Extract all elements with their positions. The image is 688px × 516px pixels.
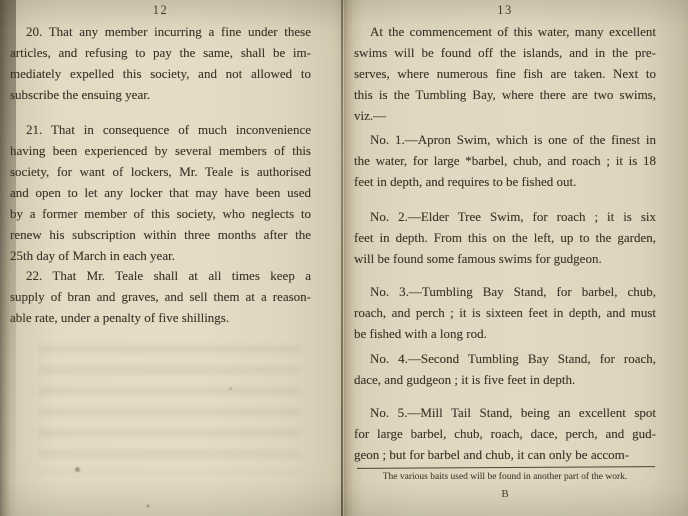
paragraph-article-21: 21. That in consequence of much inconven…	[10, 119, 311, 266]
page-12: 12 20. That any member incurring a fine …	[0, 0, 344, 516]
text-line: swims will be found off the islands, and…	[354, 42, 656, 63]
gutter-shadow	[341, 0, 343, 516]
text-line: the water, for large *barbel, chub, and …	[354, 150, 656, 171]
text-line: 21. That in consequence of much inconven…	[10, 119, 311, 140]
text-line: for large barbel, chub, roach, dace, per…	[354, 423, 656, 444]
text-line: having been experienced by several membe…	[10, 140, 311, 161]
text-line: serves, where numerous fine fish are tak…	[354, 63, 656, 84]
text-line: No. 2.—Elder Tree Swim, for roach ; it i…	[354, 206, 656, 227]
text-line: feet in depth. From this on the left, up…	[354, 227, 656, 248]
text-line: subscribe the ensuing year.	[10, 84, 311, 105]
text-line: articles, and refusing to pay the same, …	[10, 42, 311, 63]
text-line: mediately expelled this society, and not…	[10, 63, 311, 84]
text-line: by a former member of this society, who …	[10, 203, 311, 224]
paragraph-intro: At the commencement of this water, many …	[354, 21, 656, 126]
footnote: The various baits used will be found in …	[350, 472, 660, 482]
text-line: society, for want of lockers, Mr. Teale …	[10, 161, 311, 182]
text-line: be fished with a long rod.	[354, 323, 656, 344]
text-line: roach, and perch ; it is sixteen feet in…	[354, 302, 656, 323]
text-line: No. 3.—Tumbling Bay Stand, for barbel, c…	[354, 281, 656, 302]
text-line: viz.—	[354, 105, 656, 126]
page-13: 13 At the commencement of this water, ma…	[344, 0, 688, 516]
text-line: able rate, under a penalty of five shill…	[10, 307, 311, 328]
paper-speck	[228, 386, 233, 391]
text-line: geon ; but for barbel and chub, it can o…	[354, 444, 656, 465]
text-line: 25th day of March in each year.	[10, 245, 311, 266]
signature-mark: B	[354, 488, 656, 500]
paragraph-swim-4: No. 4.—Second Tumbling Bay Stand, for ro…	[354, 348, 656, 390]
page-showthrough	[38, 345, 300, 473]
text-line: supply of bran and graves, and sell them…	[10, 286, 311, 307]
text-line: this is the Tumbling Bay, where there ar…	[354, 84, 656, 105]
paragraph-swim-3: No. 3.—Tumbling Bay Stand, for barbel, c…	[354, 281, 656, 344]
text-line: feet in depth, and requires to be fished…	[354, 171, 656, 192]
text-line: will be found some famous swims for gudg…	[354, 248, 656, 269]
text-line: 22. That Mr. Teale shall at all times ke…	[10, 265, 311, 286]
paragraph-article-22: 22. That Mr. Teale shall at all times ke…	[10, 265, 311, 328]
text-line: No. 4.—Second Tumbling Bay Stand, for ro…	[354, 348, 656, 369]
text-line: No. 1.—Apron Swim, which is one of the f…	[354, 129, 656, 150]
paragraph-swim-5: No. 5.—Mill Tail Stand, being an excelle…	[354, 402, 656, 465]
text-line: and open to let any locker that may have…	[10, 182, 311, 203]
text-line: No. 5.—Mill Tail Stand, being an excelle…	[354, 402, 656, 423]
paper-speck	[146, 504, 150, 508]
paragraph-article-20: 20. That any member incurring a fine und…	[10, 21, 311, 105]
paragraph-swim-1: No. 1.—Apron Swim, which is one of the f…	[354, 129, 656, 192]
text-line: dace, and gudgeon ; it is five feet in d…	[354, 369, 656, 390]
book-spread: 12 20. That any member incurring a fine …	[0, 0, 688, 516]
paper-speck	[74, 466, 81, 473]
text-line: 20. That any member incurring a fine und…	[10, 21, 311, 42]
paragraph-swim-2: No. 2.—Elder Tree Swim, for roach ; it i…	[354, 206, 656, 269]
text-line: At the commencement of this water, many …	[354, 21, 656, 42]
page-number: 13	[354, 3, 656, 18]
page-number: 12	[10, 3, 311, 18]
footnote-rule	[357, 466, 655, 469]
text-line: renew his subscription within three mont…	[10, 224, 311, 245]
